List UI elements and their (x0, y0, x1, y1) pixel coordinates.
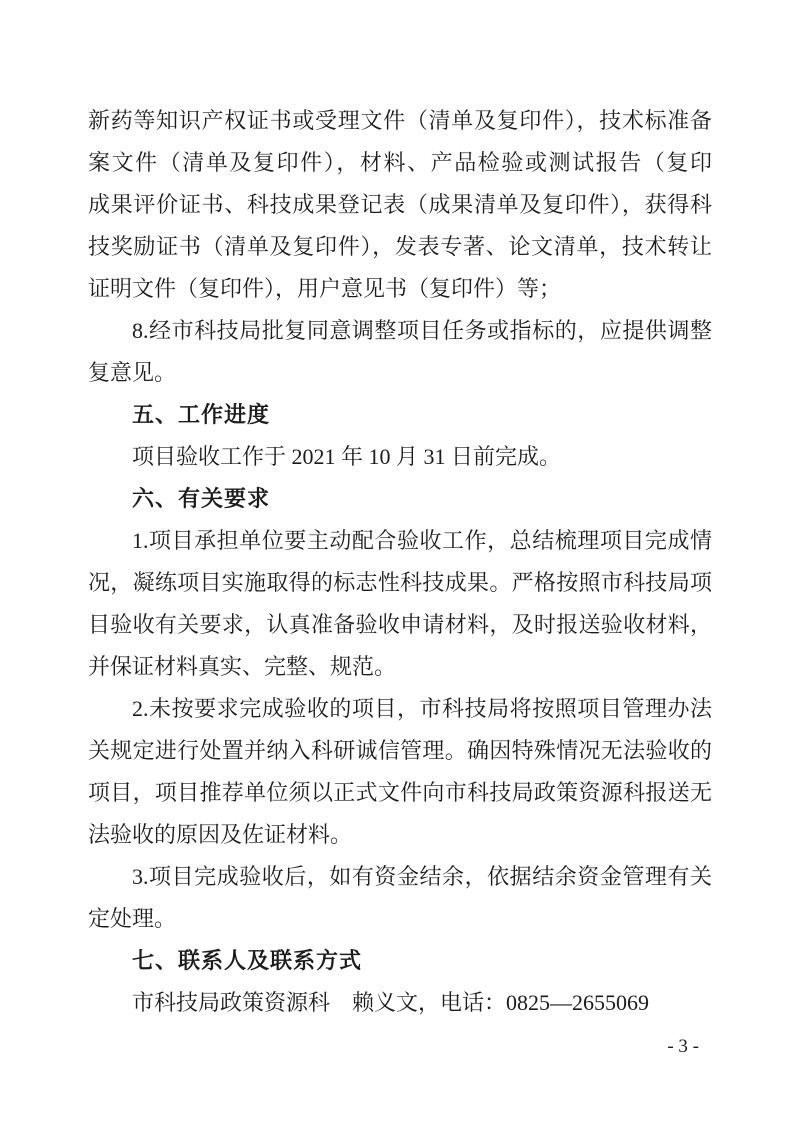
text-line: 成果评价证书、科技成果登记表（成果清单及复印件），获得科 (88, 184, 712, 226)
text-line: 法验收的原因及佐证材料。 (88, 814, 712, 856)
page-number: - 3 - (667, 1036, 699, 1058)
text-line: 8.经市科技局批复同意调整项目任务或指标的，应提供调整批 (88, 310, 712, 352)
text-line: 况，凝练项目实施取得的标志性科技成果。严格按照市科技局项 (88, 562, 712, 604)
text-line: 复意见。 (88, 352, 712, 394)
text-line: 2.未按要求完成验收的项目，市科技局将按照项目管理办法有 (88, 688, 712, 730)
text-line: 关规定进行处置并纳入科研诚信管理。确因特殊情况无法验收的 (88, 730, 712, 772)
text-line: 新药等知识产权证书或受理文件（清单及复印件），技术标准备 (88, 100, 712, 142)
text-line: 案文件（清单及复印件），材料、产品检验或测试报告（复印件）， (88, 142, 712, 184)
section-heading: 六、有关要求 (88, 478, 712, 520)
document-page: 新药等知识产权证书或受理文件（清单及复印件），技术标准备案文件（清单及复印件），… (0, 0, 793, 1122)
text-line: 证明文件（复印件），用户意见书（复印件）等； (88, 268, 712, 310)
section-heading: 五、工作进度 (88, 394, 712, 436)
text-line: 定处理。 (88, 898, 712, 940)
text-line: 并保证材料真实、完整、规范。 (88, 646, 712, 688)
text-line: 项目验收工作于 2021 年 10 月 31 日前完成。 (88, 436, 712, 478)
document-lines: 新药等知识产权证书或受理文件（清单及复印件），技术标准备案文件（清单及复印件），… (88, 100, 712, 1024)
text-line: 3.项目完成验收后，如有资金结余，依据结余资金管理有关规 (88, 856, 712, 898)
text-line: 技奖励证书（清单及复印件），发表专著、论文清单，技术转让 (88, 226, 712, 268)
text-line: 市科技局政策资源科 赖义文，电话：0825—2655069 (88, 982, 712, 1024)
text-line: 项目，项目推荐单位须以正式文件向市科技局政策资源科报送无 (88, 772, 712, 814)
section-heading: 七、联系人及联系方式 (88, 940, 712, 982)
text-line: 目验收有关要求，认真准备验收申请材料，及时报送验收材料， (88, 604, 712, 646)
text-line: 1.项目承担单位要主动配合验收工作，总结梳理项目完成情 (88, 520, 712, 562)
